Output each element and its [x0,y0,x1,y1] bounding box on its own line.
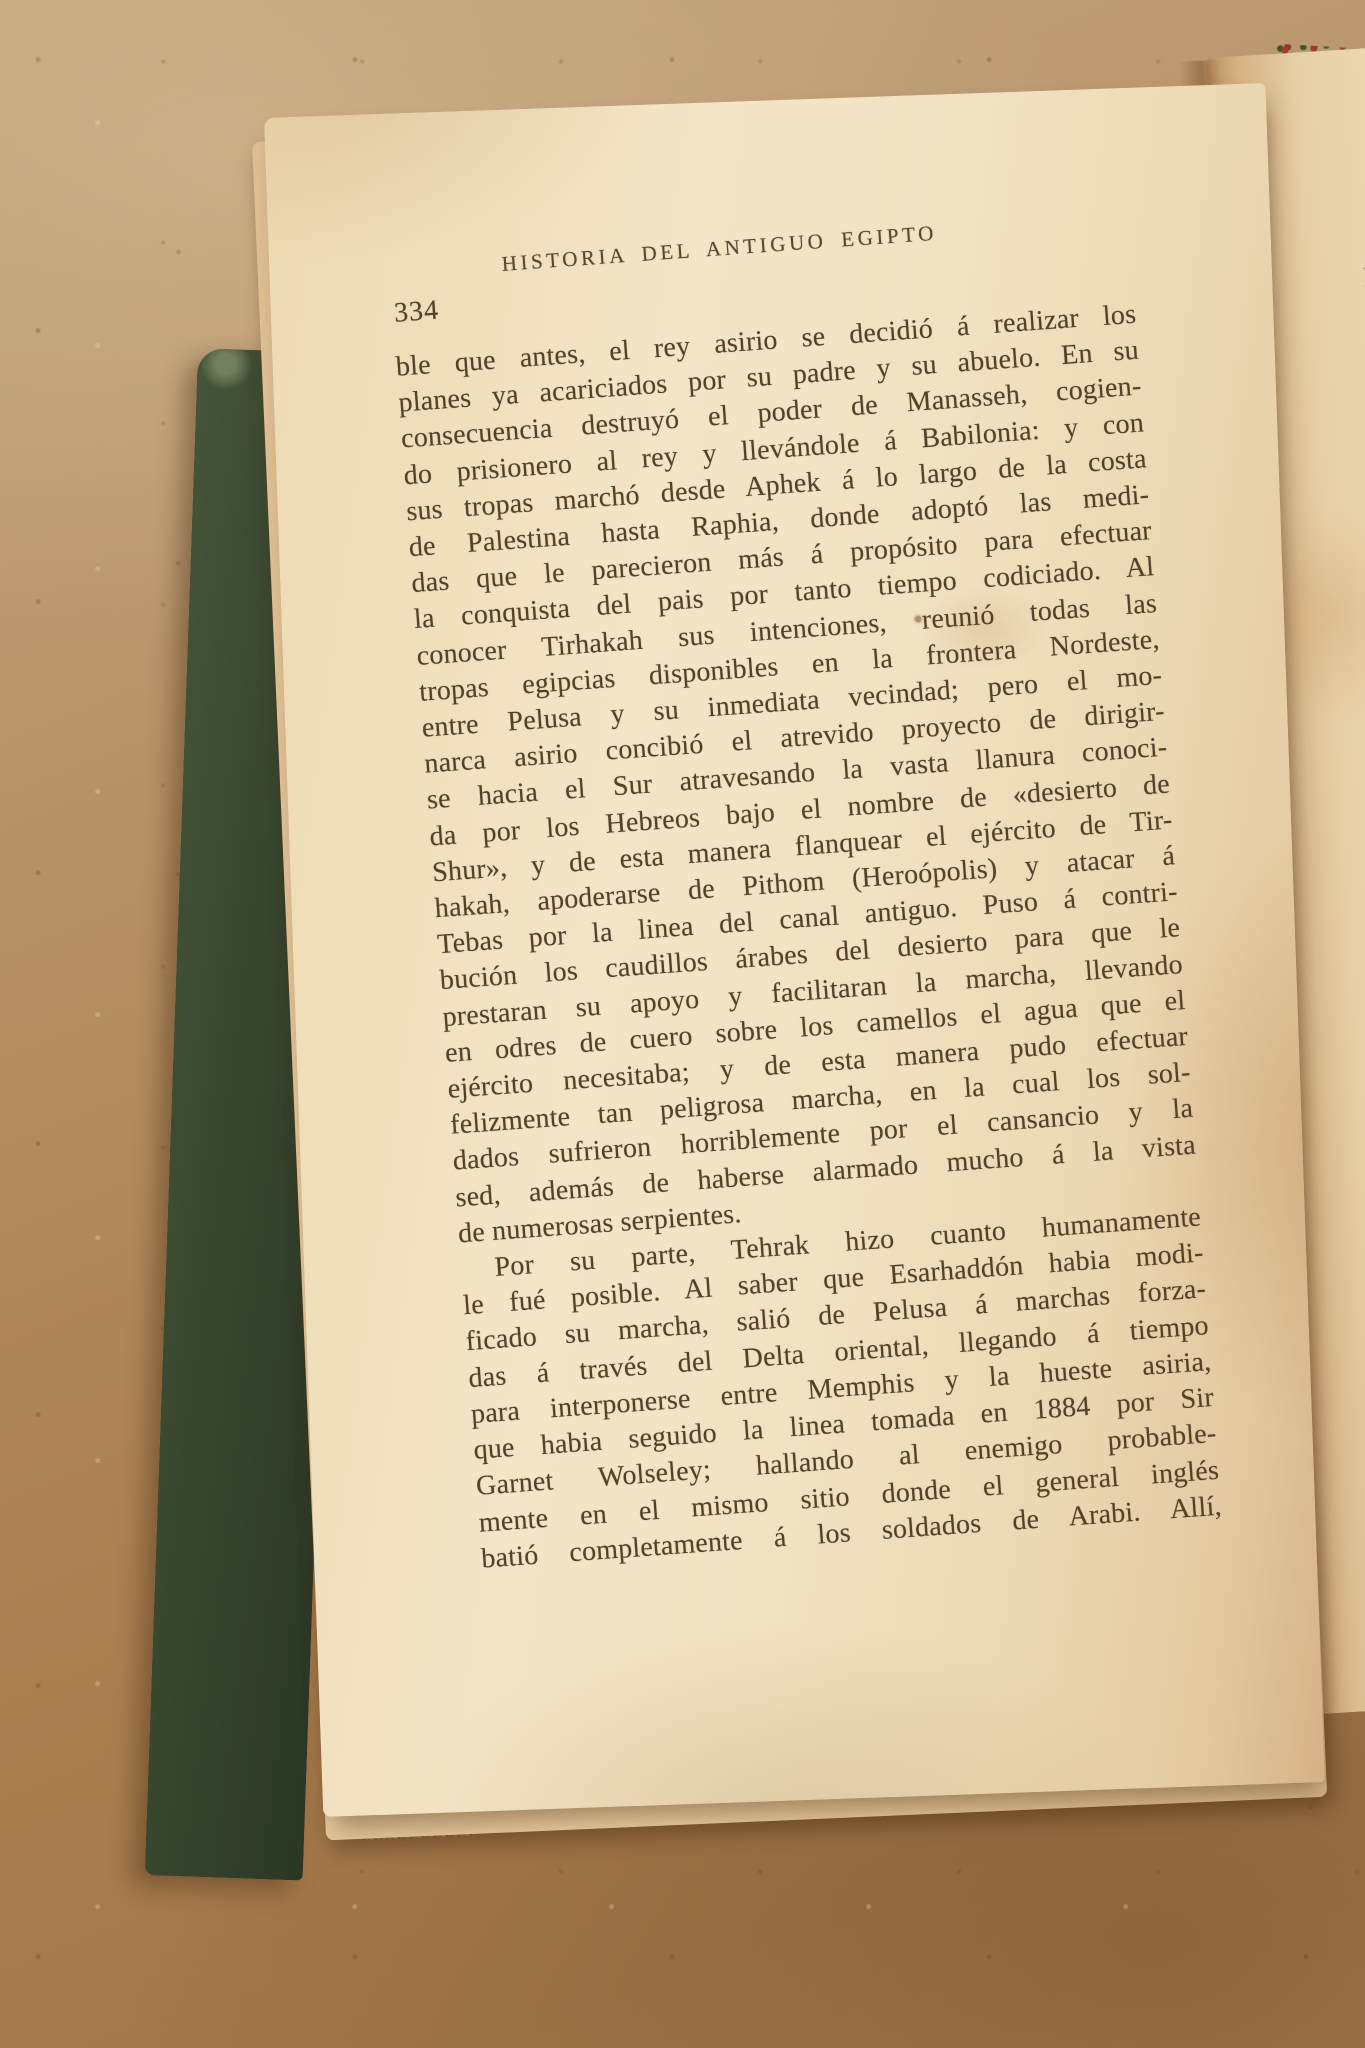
paragraph-1: ble que antes, el rey asirio se decidió … [395,297,1200,1253]
book-photo: ptc 334 HISTORIA DEL ANTIGUO EGIPTO ble … [0,0,1365,2048]
printed-text: 334 HISTORIA DEL ANTIGUO EGIPTO ble que … [388,203,1223,1578]
page-number: 334 [393,295,440,330]
paragraph-2: Por su parte, Tehrak hizo cuanto humanam… [459,1199,1222,1577]
text-block: ble que antes, el rey asirio se decidió … [395,297,1223,1578]
